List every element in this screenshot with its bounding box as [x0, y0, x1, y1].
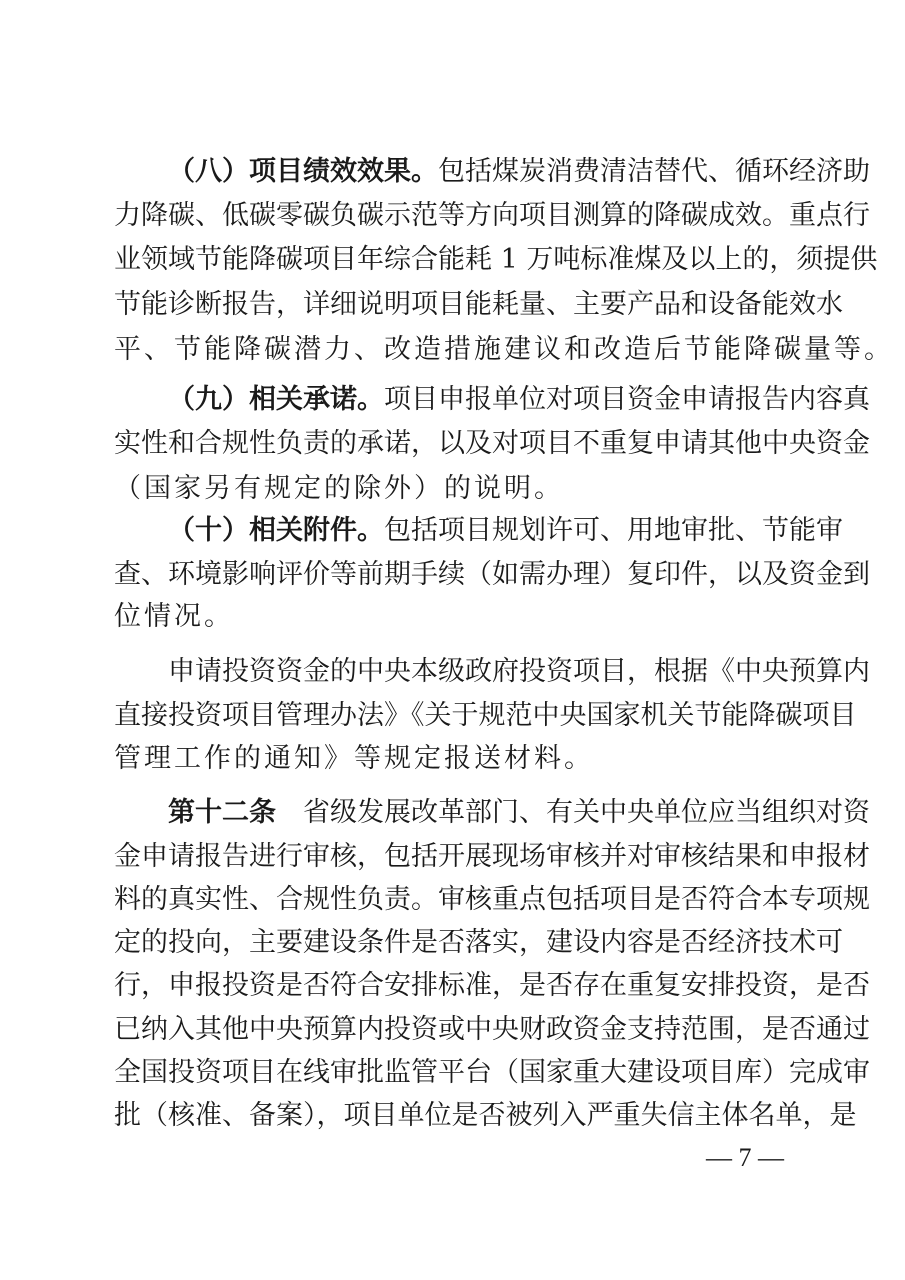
- paragraph-item-8-line-3: 业领域节能降碳项目年综合能耗 1 万吨标准煤及以上的，须提供: [114, 243, 784, 277]
- paragraph-article-12-line-4: 定的投向，主要建设条件是否落实，建设内容是否经济技术可: [114, 926, 784, 960]
- page-number: — 7 —: [700, 1141, 790, 1175]
- paragraph-item-9-line-2: 实性和合规性负责的承诺，以及对项目不重复申请其他中央资金: [114, 427, 784, 461]
- article-12-heading: 第十二条: [168, 797, 276, 828]
- paragraph-article-12-line-7: 全国投资项目在线审批监管平台（国家重大建设项目库）完成审: [114, 1056, 784, 1090]
- paragraph-article-12-line-5: 行，申报投资是否符合安排标准，是否存在重复安排投资，是否: [114, 969, 784, 1003]
- paragraph-item-8-line-2: 力降碳、低碳零碳负碳示范等方向项目测算的降碳成效。重点行: [114, 199, 784, 233]
- paragraph-item-10-line-1: （十）相关附件。包括项目规划许可、用地审批、节能审: [168, 514, 784, 548]
- paragraph-article-12-line-1: 第十二条 省级发展改革部门、有关中央单位应当组织对资: [168, 796, 784, 830]
- paragraph-item-10-line-3: 位情况。: [114, 600, 784, 634]
- paragraph-article-12-line-8: 批（核准、备案），项目单位是否被列入严重失信主体名单，是: [114, 1099, 784, 1133]
- paragraph-central-line-1: 申请投资资金的中央本级政府投资项目，根据《中央预算内: [168, 655, 784, 689]
- paragraph-item-8-line-5: 平、节能降碳潜力、改造措施建议和改造后节能降碳量等。: [114, 333, 784, 367]
- paragraph-item-9-line-1: （九）相关承诺。项目申报单位对项目资金申请报告内容真: [168, 383, 784, 417]
- paragraph-item-9-line-3: （国家另有规定的除外）的说明。: [114, 472, 784, 506]
- item-8-heading: （八）项目绩效效果。: [168, 156, 438, 187]
- paragraph-item-8-line-1: （八）项目绩效效果。包括煤炭消费清洁替代、循环经济助: [168, 155, 784, 189]
- paragraph-article-12-line-3: 料的真实性、合规性负责。审核重点包括项目是否符合本专项规: [114, 883, 784, 917]
- paragraph-item-8-line-4: 节能诊断报告，详细说明项目能耗量、主要产品和设备能效水: [114, 288, 784, 322]
- item-9-heading: （九）相关承诺。: [168, 384, 384, 415]
- paragraph-item-10-line-2: 查、环境影响评价等前期手续（如需办理）复印件，以及资金到: [114, 558, 784, 592]
- paragraph-article-12-line-6: 已纳入其他中央预算内投资或中央财政资金支持范围，是否通过: [114, 1013, 784, 1047]
- document-page: （八）项目绩效效果。包括煤炭消费清洁替代、循环经济助 力降碳、低碳零碳负碳示范等…: [0, 0, 905, 1280]
- paragraph-central-line-2: 直接投资项目管理办法》《关于规范中央国家机关节能降碳项目: [114, 699, 784, 733]
- paragraph-article-12-line-2: 金申请报告进行审核，包括开展现场审核并对审核结果和申报材: [114, 840, 784, 874]
- paragraph-central-line-3: 管理工作的通知》等规定报送材料。: [114, 742, 784, 776]
- item-10-heading: （十）相关附件。: [168, 515, 384, 546]
